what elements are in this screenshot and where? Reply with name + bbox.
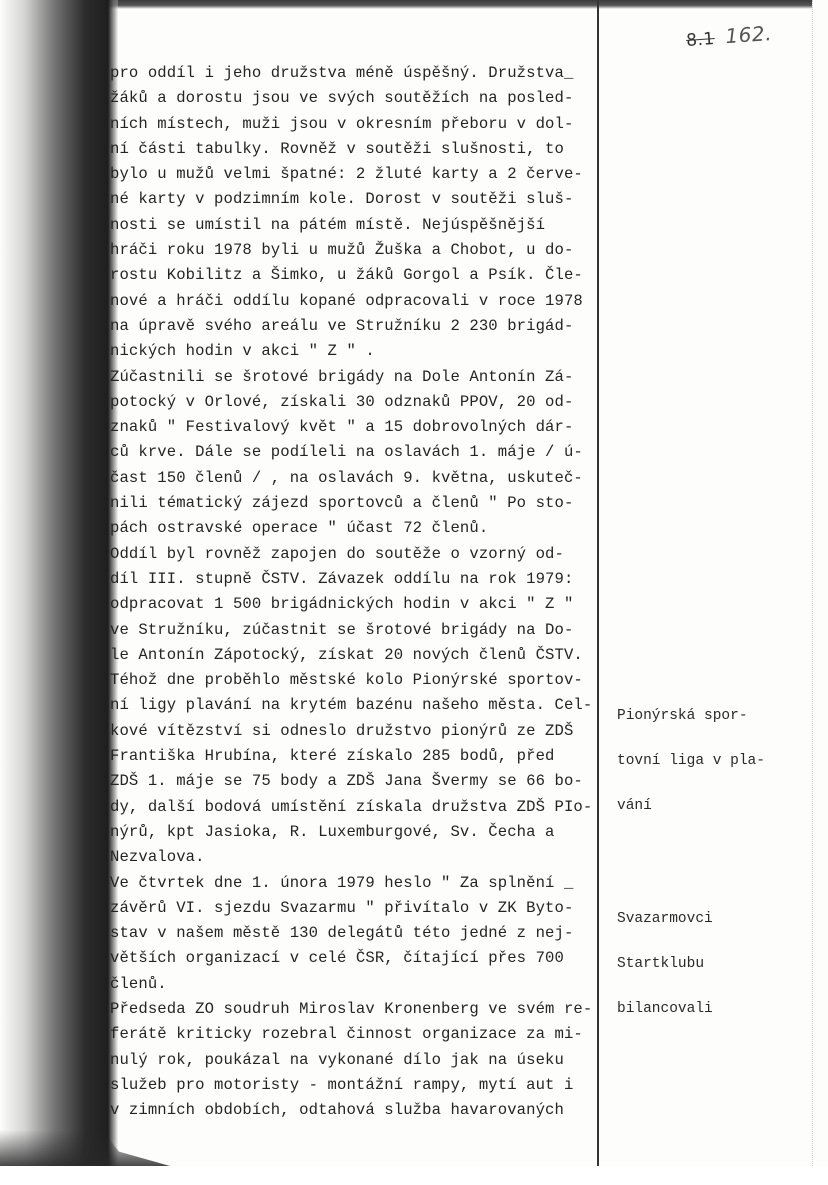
text-line: odpracovat 1 500 brigádnických hodin v a… bbox=[110, 592, 610, 617]
text-line: ců krve. Dále se podíleli na oslavách 1.… bbox=[110, 440, 610, 465]
margin-note-line: tovní liga v pla- bbox=[617, 754, 765, 769]
text-line: le Antonín Zápotocký, získat 20 nových č… bbox=[110, 643, 610, 668]
text-line: ní ligy plavání na krytém bazénu našeho … bbox=[110, 693, 610, 718]
text-line: větších organizací v celé ČSR, čítající … bbox=[110, 946, 610, 971]
page-number: 8.1 162. bbox=[685, 21, 772, 51]
text-line: ní části tabulky. Rovněž v soutěži slušn… bbox=[110, 137, 610, 162]
margin-note-line: vání bbox=[617, 799, 765, 814]
text-line: ních místech, muži jsou v okresním přebo… bbox=[110, 112, 610, 137]
text-line: Nezvalova. bbox=[110, 845, 610, 870]
scan-top-shadow bbox=[100, 0, 812, 9]
text-line: závěrů VI. sjezdu Svazarmu " přivítalo v… bbox=[110, 896, 610, 921]
margin-note-swimming-league: Pionýrská spor- tovní liga v pla- vání bbox=[617, 679, 765, 844]
text-line: nili tématický zájezd sportovců a členů … bbox=[110, 491, 610, 516]
text-line: díl III. stupně ČSTV. Závazek oddílu na … bbox=[110, 567, 610, 592]
book-spine-shadow bbox=[0, 0, 118, 1166]
text-line: členů. bbox=[110, 972, 610, 997]
text-line: v zimních obdobích, odtahová služba hava… bbox=[110, 1098, 610, 1123]
chronicle-body-text: pro oddíl i jeho družstva méně úspěšný. … bbox=[110, 61, 610, 1123]
text-line: nosti se umístil na pátém místě. Nejúspě… bbox=[110, 213, 610, 238]
page-right-edge bbox=[812, 0, 817, 1166]
text-line: Františka Hrubína, které získalo 285 bod… bbox=[110, 744, 610, 769]
text-line: Ve čtvrtek dne 1. února 1979 heslo " Za … bbox=[110, 871, 610, 896]
page-number-struck: 8.1 bbox=[686, 29, 716, 51]
text-line: stav v našem městě 130 delegátů této jed… bbox=[110, 921, 610, 946]
margin-note-line: Startklubu bbox=[617, 957, 713, 972]
text-line: hráči roku 1978 byli u mužů Žuška a Chob… bbox=[110, 238, 610, 263]
text-line: nulý rok, poukázal na vykonané dílo jak … bbox=[110, 1048, 610, 1073]
margin-note-svazarm: Svazarmovci Startklubu bilancovali bbox=[617, 882, 713, 1047]
text-line: pro oddíl i jeho družstva méně úspěšný. … bbox=[110, 61, 610, 86]
margin-note-line: bilancovali bbox=[617, 1002, 713, 1017]
text-line: bylo u mužů velmi špatné: 2 žluté karty … bbox=[110, 162, 610, 187]
text-line: pách ostravské operace " účast 72 členů. bbox=[110, 516, 610, 541]
text-line: ZDŠ 1. máje se 75 body a ZDŠ Jana Švermy… bbox=[110, 769, 610, 794]
margin-note-line: Svazarmovci bbox=[617, 912, 713, 927]
text-line: na úpravě svého areálu ve Stružníku 2 23… bbox=[110, 314, 610, 339]
text-line: Téhož dne proběhlo městské kolo Pionýrsk… bbox=[110, 668, 610, 693]
text-line: žáků a dorostu jsou ve svých soutěžích n… bbox=[110, 86, 610, 111]
margin-note-line: Pionýrská spor- bbox=[617, 709, 765, 724]
text-line: potocký v Orlové, získali 30 odznaků PPO… bbox=[110, 390, 610, 415]
text-line: ve Stružníku, zúčastnit se šrotové brigá… bbox=[110, 618, 610, 643]
text-line: čast 150 členů / , na oslavách 9. května… bbox=[110, 466, 610, 491]
text-line: služeb pro motoristy - montážní rampy, m… bbox=[110, 1073, 610, 1098]
text-line: znaků " Festivalový květ " a 15 dobrovol… bbox=[110, 415, 610, 440]
scanned-page: 8.1 162. pro oddíl i jeho družstva méně … bbox=[0, 0, 828, 1166]
page-number-handwritten: 162. bbox=[725, 21, 773, 48]
text-line: Zúčastnili se šrotové brigády na Dole An… bbox=[110, 365, 610, 390]
book-spine-bottom-shadow bbox=[0, 1130, 170, 1166]
text-line: dy, další bodová umístění získala družst… bbox=[110, 795, 610, 820]
text-line: né karty v podzimním kole. Dorost v sout… bbox=[110, 187, 610, 212]
text-line: nové a hráči oddílu kopané odpracovali v… bbox=[110, 289, 610, 314]
text-line: rostu Kobilitz a Šimko, u žáků Gorgol a … bbox=[110, 263, 610, 288]
text-line: Předseda ZO soudruh Miroslav Kronenberg … bbox=[110, 997, 610, 1022]
text-line: kové vítězství si odneslo družstvo pioný… bbox=[110, 719, 610, 744]
text-line: nických hodin v akci " Z " . bbox=[110, 339, 610, 364]
text-line: nýrů, kpt Jasioka, R. Luxemburgové, Sv. … bbox=[110, 820, 610, 845]
text-line: ferátě kriticky rozebral činnost organiz… bbox=[110, 1022, 610, 1047]
text-line: Oddíl byl rovněž zapojen do soutěže o vz… bbox=[110, 542, 610, 567]
